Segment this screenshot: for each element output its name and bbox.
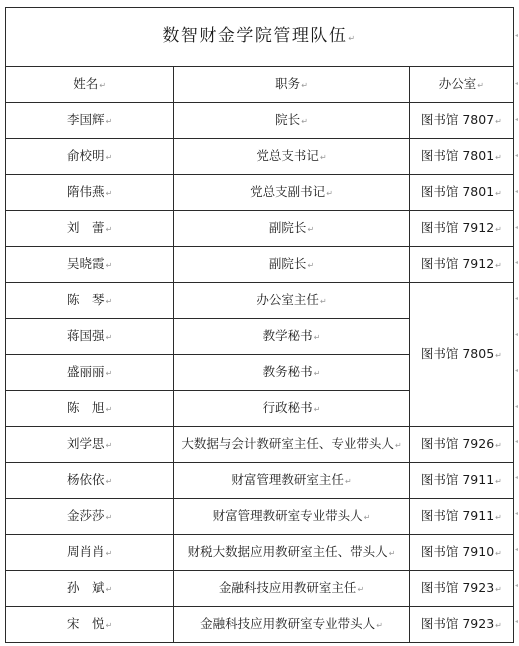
row-end-mark-icon: ◂ <box>515 34 518 38</box>
table-row: 隋伟燕↵ 党总支副书记↵ 图书馆 7801↵ <box>6 175 514 211</box>
paragraph-mark-icon: ↵ <box>495 513 502 522</box>
name-text: 金莎莎 <box>67 508 105 523</box>
office-text: 图书馆 7912 <box>421 256 494 271</box>
paragraph-mark-icon: ↵ <box>106 117 113 126</box>
header-role-label: 职务 <box>275 76 300 91</box>
paragraph-mark-icon: ↵ <box>345 477 352 486</box>
row-end-mark-icon: ◂ <box>515 261 518 265</box>
cell-role: 财税大数据应用教研室主任、带头人↵ <box>174 535 409 571</box>
paragraph-mark-icon: ↵ <box>495 585 502 594</box>
office-text: 图书馆 7807 <box>421 112 494 127</box>
cell-office: 图书馆 7801↵ <box>409 139 513 175</box>
role-text: 党总支书记 <box>256 148 319 163</box>
paragraph-mark-icon: ↵ <box>495 261 502 270</box>
role-text: 行政秘书 <box>263 400 313 415</box>
paragraph-mark-icon: ↵ <box>106 549 113 558</box>
cell-role: 财富管理教研室主任↵ <box>174 463 409 499</box>
paragraph-mark-icon: ↵ <box>307 225 314 234</box>
paragraph-mark-icon: ↵ <box>495 621 502 630</box>
cell-office: 图书馆 7911↵ <box>409 463 513 499</box>
table-row: 陈 琴↵ 办公室主任↵ 图书馆 7805↵ <box>6 283 514 319</box>
management-team-table: 数智财金学院管理队伍↵ 姓名↵ 职务↵ 办公室↵ 李国辉↵ 院长↵ 图书馆 78… <box>5 7 514 643</box>
table-row: 刘学思↵ 大数据与会计教研室主任、专业带头人↵ 图书馆 7926↵ <box>6 427 514 463</box>
table-title-cell: 数智财金学院管理队伍↵ <box>6 8 514 67</box>
header-name: 姓名↵ <box>6 67 174 103</box>
table-row: 刘 蕾↵ 副院长↵ 图书馆 7912↵ <box>6 211 514 247</box>
row-end-mark-icon: ◂ <box>515 82 518 86</box>
title-row: 数智财金学院管理队伍↵ <box>6 8 514 67</box>
role-text: 院长 <box>275 112 300 127</box>
cell-name: 李国辉↵ <box>6 103 174 139</box>
paragraph-mark-icon: ↵ <box>301 117 308 126</box>
header-row: 姓名↵ 职务↵ 办公室↵ <box>6 67 514 103</box>
cell-name: 吴晓霞↵ <box>6 247 174 283</box>
cell-office: 图书馆 7912↵ <box>409 247 513 283</box>
cell-office: 图书馆 7911↵ <box>409 499 513 535</box>
paragraph-mark-icon: ↵ <box>106 225 113 234</box>
table-row: 吴晓霞↵ 副院长↵ 图书馆 7912↵ <box>6 247 514 283</box>
paragraph-mark-icon: ↵ <box>357 585 364 594</box>
name-text: 刘学思 <box>67 436 105 451</box>
name-text: 陈 琴 <box>67 292 105 307</box>
cell-role: 行政秘书↵ <box>174 391 409 427</box>
paragraph-mark-icon: ↵ <box>364 513 371 522</box>
role-text: 金融科技应用教研室专业带头人 <box>200 616 375 631</box>
paragraph-mark-icon: ↵ <box>495 549 502 558</box>
paragraph-mark-icon: ↵ <box>395 441 402 450</box>
row-end-mark-icon: ◂ <box>515 369 518 373</box>
paragraph-mark-icon: ↵ <box>106 333 113 342</box>
cell-role: 党总支书记↵ <box>174 139 409 175</box>
cell-office: 图书馆 7923↵ <box>409 607 513 643</box>
role-text: 大数据与会计教研室主任、专业带头人 <box>181 436 394 451</box>
name-text: 俞校明 <box>67 148 105 163</box>
table-title: 数智财金学院管理队伍 <box>162 26 347 46</box>
table-row: 孙 斌↵ 金融科技应用教研室主任↵ 图书馆 7923↵ <box>6 571 514 607</box>
paragraph-mark-icon: ↵ <box>326 189 333 198</box>
role-text: 教学秘书 <box>263 328 313 343</box>
row-end-mark-icon: ◂ <box>515 440 518 444</box>
role-text: 副院长 <box>269 256 307 271</box>
cell-office: 图书馆 7923↵ <box>409 571 513 607</box>
paragraph-mark-icon: ↵ <box>106 405 113 414</box>
cell-role: 教学秘书↵ <box>174 319 409 355</box>
role-text: 党总支副书记 <box>250 184 325 199</box>
role-text: 财富管理教研室专业带头人 <box>213 508 363 523</box>
cell-name: 杨依依↵ <box>6 463 174 499</box>
cell-name: 刘 蕾↵ <box>6 211 174 247</box>
role-text: 教务秘书 <box>263 364 313 379</box>
row-end-mark-icon: ◂ <box>515 333 518 337</box>
paragraph-mark-icon: ↵ <box>495 351 502 360</box>
cell-role: 副院长↵ <box>174 211 409 247</box>
cell-role: 院长↵ <box>174 103 409 139</box>
row-end-mark-icon: ◂ <box>515 476 518 480</box>
name-text: 蒋国强 <box>67 328 105 343</box>
cell-office: 图书馆 7807↵ <box>409 103 513 139</box>
role-text: 办公室主任 <box>256 292 319 307</box>
name-text: 周肖肖 <box>67 544 105 559</box>
paragraph-mark-icon: ↵ <box>495 153 502 162</box>
table-row: 金莎莎↵ 财富管理教研室专业带头人↵ 图书馆 7911↵ <box>6 499 514 535</box>
office-text: 图书馆 7911 <box>421 508 494 523</box>
paragraph-mark-icon: ↵ <box>106 585 113 594</box>
paragraph-mark-icon: ↵ <box>106 153 113 162</box>
paragraph-mark-icon: ↵ <box>320 153 327 162</box>
row-end-mark-icon: ◂ <box>515 405 518 409</box>
office-text: 图书馆 7910 <box>421 544 494 559</box>
name-text: 陈 旭 <box>67 400 105 415</box>
cell-role: 副院长↵ <box>174 247 409 283</box>
role-text: 副院长 <box>269 220 307 235</box>
paragraph-mark-icon: ↵ <box>495 477 502 486</box>
cell-name: 俞校明↵ <box>6 139 174 175</box>
paragraph-mark-icon: ↵ <box>301 81 308 90</box>
office-text: 图书馆 7801 <box>421 148 494 163</box>
cell-role: 党总支副书记↵ <box>174 175 409 211</box>
name-text: 杨依依 <box>67 472 105 487</box>
office-text: 图书馆 7911 <box>421 472 494 487</box>
name-text: 宋 悦 <box>67 616 105 631</box>
office-text: 图书馆 7923 <box>421 616 494 631</box>
cell-office: 图书馆 7910↵ <box>409 535 513 571</box>
name-text: 盛丽丽 <box>67 364 105 379</box>
row-end-marks: ◂ ◂ ◂ ◂ ◂ ◂ ◂ ◂ ◂ ◂ ◂ ◂ ◂ ◂ ◂ ◂ ◂ <box>515 0 519 646</box>
row-end-mark-icon: ◂ <box>515 297 518 301</box>
paragraph-mark-icon: ↵ <box>106 369 113 378</box>
cell-role: 大数据与会计教研室主任、专业带头人↵ <box>174 427 409 463</box>
paragraph-mark-icon: ↵ <box>495 189 502 198</box>
paragraph-mark-icon: ↵ <box>106 297 113 306</box>
name-text: 隋伟燕 <box>67 184 105 199</box>
paragraph-mark-icon: ↵ <box>106 189 113 198</box>
office-text: 图书馆 7912 <box>421 220 494 235</box>
paragraph-mark-icon: ↵ <box>106 513 113 522</box>
header-name-label: 姓名 <box>73 76 98 91</box>
name-text: 孙 斌 <box>67 580 105 595</box>
cell-name: 陈 琴↵ <box>6 283 174 319</box>
cell-role: 财富管理教研室专业带头人↵ <box>174 499 409 535</box>
row-end-mark-icon: ◂ <box>515 190 518 194</box>
paragraph-mark-icon: ↵ <box>376 621 383 630</box>
row-end-mark-icon: ◂ <box>515 226 518 230</box>
table-row: 杨依依↵ 财富管理教研室主任↵ 图书馆 7911↵ <box>6 463 514 499</box>
cell-name: 盛丽丽↵ <box>6 355 174 391</box>
paragraph-mark-icon: ↵ <box>307 261 314 270</box>
paragraph-mark-icon: ↵ <box>106 621 113 630</box>
cell-office: 图书馆 7926↵ <box>409 427 513 463</box>
row-end-mark-icon: ◂ <box>515 512 518 516</box>
row-end-mark-icon: ◂ <box>515 118 518 122</box>
row-end-mark-icon: ◂ <box>515 620 518 624</box>
role-text: 财富管理教研室主任 <box>231 472 344 487</box>
row-end-mark-icon: ◂ <box>515 584 518 588</box>
paragraph-mark-icon: ↵ <box>106 477 113 486</box>
cell-office-merged: 图书馆 7805↵ <box>409 283 513 427</box>
cell-role: 教务秘书↵ <box>174 355 409 391</box>
paragraph-mark-icon: ↵ <box>314 369 321 378</box>
header-office: 办公室↵ <box>409 67 513 103</box>
name-text: 刘 蕾 <box>67 220 105 235</box>
name-text: 吴晓霞 <box>67 256 105 271</box>
paragraph-mark-icon: ↵ <box>495 225 502 234</box>
paragraph-mark-icon: ↵ <box>348 34 356 43</box>
paragraph-mark-icon: ↵ <box>314 405 321 414</box>
cell-role: 金融科技应用教研室主任↵ <box>174 571 409 607</box>
role-text: 金融科技应用教研室主任 <box>219 580 357 595</box>
paragraph-mark-icon: ↵ <box>99 81 106 90</box>
paragraph-mark-icon: ↵ <box>106 441 113 450</box>
cell-office: 图书馆 7801↵ <box>409 175 513 211</box>
table-row: 李国辉↵ 院长↵ 图书馆 7807↵ <box>6 103 514 139</box>
row-end-mark-icon: ◂ <box>515 548 518 552</box>
office-text: 图书馆 7805 <box>421 346 494 361</box>
row-end-mark-icon: ◂ <box>515 154 518 158</box>
cell-office: 图书馆 7912↵ <box>409 211 513 247</box>
cell-name: 宋 悦↵ <box>6 607 174 643</box>
name-text: 李国辉 <box>67 112 105 127</box>
paragraph-mark-icon: ↵ <box>314 333 321 342</box>
paragraph-mark-icon: ↵ <box>495 117 502 126</box>
office-text: 图书馆 7926 <box>421 436 494 451</box>
cell-role: 办公室主任↵ <box>174 283 409 319</box>
paragraph-mark-icon: ↵ <box>477 81 484 90</box>
paragraph-mark-icon: ↵ <box>106 261 113 270</box>
cell-name: 隋伟燕↵ <box>6 175 174 211</box>
office-text: 图书馆 7923 <box>421 580 494 595</box>
table-row: 周肖肖↵ 财税大数据应用教研室主任、带头人↵ 图书馆 7910↵ <box>6 535 514 571</box>
cell-name: 周肖肖↵ <box>6 535 174 571</box>
table-row: 宋 悦↵ 金融科技应用教研室专业带头人↵ 图书馆 7923↵ <box>6 607 514 643</box>
header-office-label: 办公室 <box>439 76 477 91</box>
office-text: 图书馆 7801 <box>421 184 494 199</box>
paragraph-mark-icon: ↵ <box>495 441 502 450</box>
cell-name: 金莎莎↵ <box>6 499 174 535</box>
cell-name: 陈 旭↵ <box>6 391 174 427</box>
paragraph-mark-icon: ↵ <box>320 297 327 306</box>
cell-name: 孙 斌↵ <box>6 571 174 607</box>
table-row: 俞校明↵ 党总支书记↵ 图书馆 7801↵ <box>6 139 514 175</box>
cell-name: 刘学思↵ <box>6 427 174 463</box>
header-role: 职务↵ <box>174 67 409 103</box>
paragraph-mark-icon: ↵ <box>389 549 396 558</box>
role-text: 财税大数据应用教研室主任、带头人 <box>188 544 388 559</box>
cell-name: 蒋国强↵ <box>6 319 174 355</box>
cell-role: 金融科技应用教研室专业带头人↵ <box>174 607 409 643</box>
